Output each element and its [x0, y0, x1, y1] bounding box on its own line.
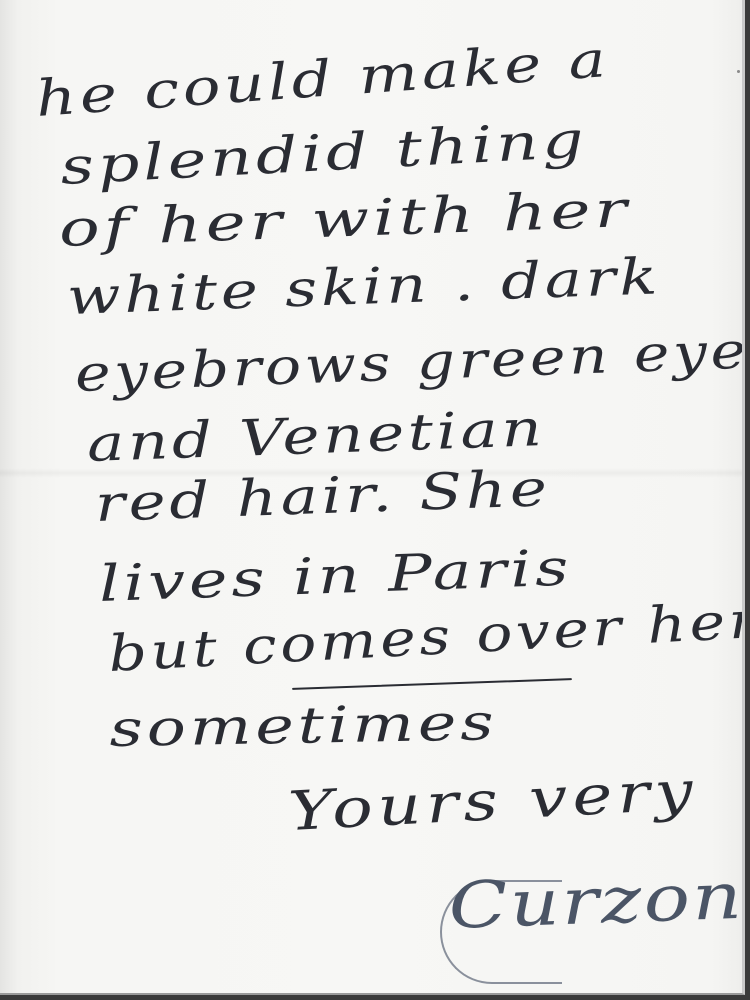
letter-closing: Yours very [287, 759, 699, 843]
letter-line-5: eyebrows green eyes [74, 320, 745, 403]
letter-signature: Curzon [447, 860, 745, 944]
letter-line-3: of her with her [58, 180, 632, 258]
letter-page: he could make a splendid thing of her wi… [0, 0, 745, 995]
letter-line-10: sometimes [109, 693, 498, 758]
letter-line-8: lives in Paris [98, 539, 573, 613]
pen-underline-stroke [292, 678, 572, 690]
paper-speck [737, 70, 740, 73]
letter-line-4: white skin . dark [66, 247, 662, 326]
letter-line-2: splendid thing [59, 110, 589, 196]
